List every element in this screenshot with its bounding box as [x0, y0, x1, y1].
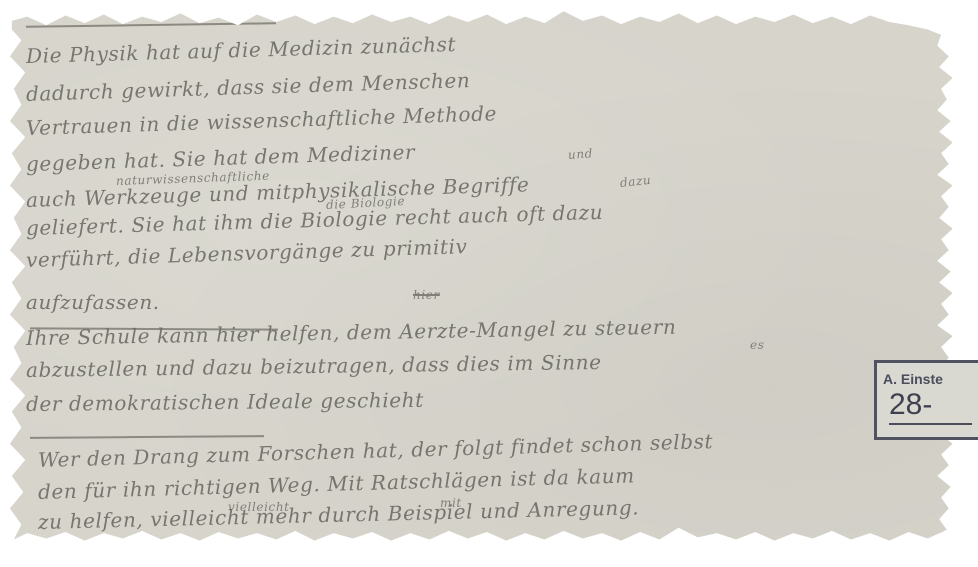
struck-word: hier: [413, 288, 440, 302]
interlinear-note: und: [568, 146, 594, 162]
manuscript-line: der demokratischen Ideale geschieht: [26, 388, 424, 416]
manuscript-line: aufzufassen.: [26, 290, 160, 314]
manuscript-page: Die Physik hat auf die Medizin zunächst …: [8, 8, 966, 546]
manuscript-line: Ihre Schule kann hier helfen, dem Aerzte…: [26, 315, 677, 350]
manuscript-line: verführt, die Lebensvorgänge zu primitiv: [26, 234, 468, 272]
manuscript-line: Vertrauen in die wissenschaftliche Metho…: [26, 101, 498, 140]
section-rule: [30, 435, 264, 438]
archive-stamp: A. Einste 28-: [874, 360, 978, 440]
document-viewer: Die Physik hat auf die Medizin zunächst …: [0, 0, 978, 567]
interlinear-note: dazu: [619, 173, 652, 190]
manuscript-line: Die Physik hat auf die Medizin zunächst: [26, 32, 457, 68]
stamp-number: 28-: [889, 387, 972, 425]
manuscript-line: abzustellen und dazu beizutragen, dass d…: [26, 350, 602, 382]
manuscript-line: dadurch gewirkt, dass sie dem Menschen: [26, 68, 471, 106]
section-rule: [26, 22, 276, 27]
interlinear-note: es: [750, 338, 764, 352]
stamp-name: A. Einste: [883, 371, 943, 387]
